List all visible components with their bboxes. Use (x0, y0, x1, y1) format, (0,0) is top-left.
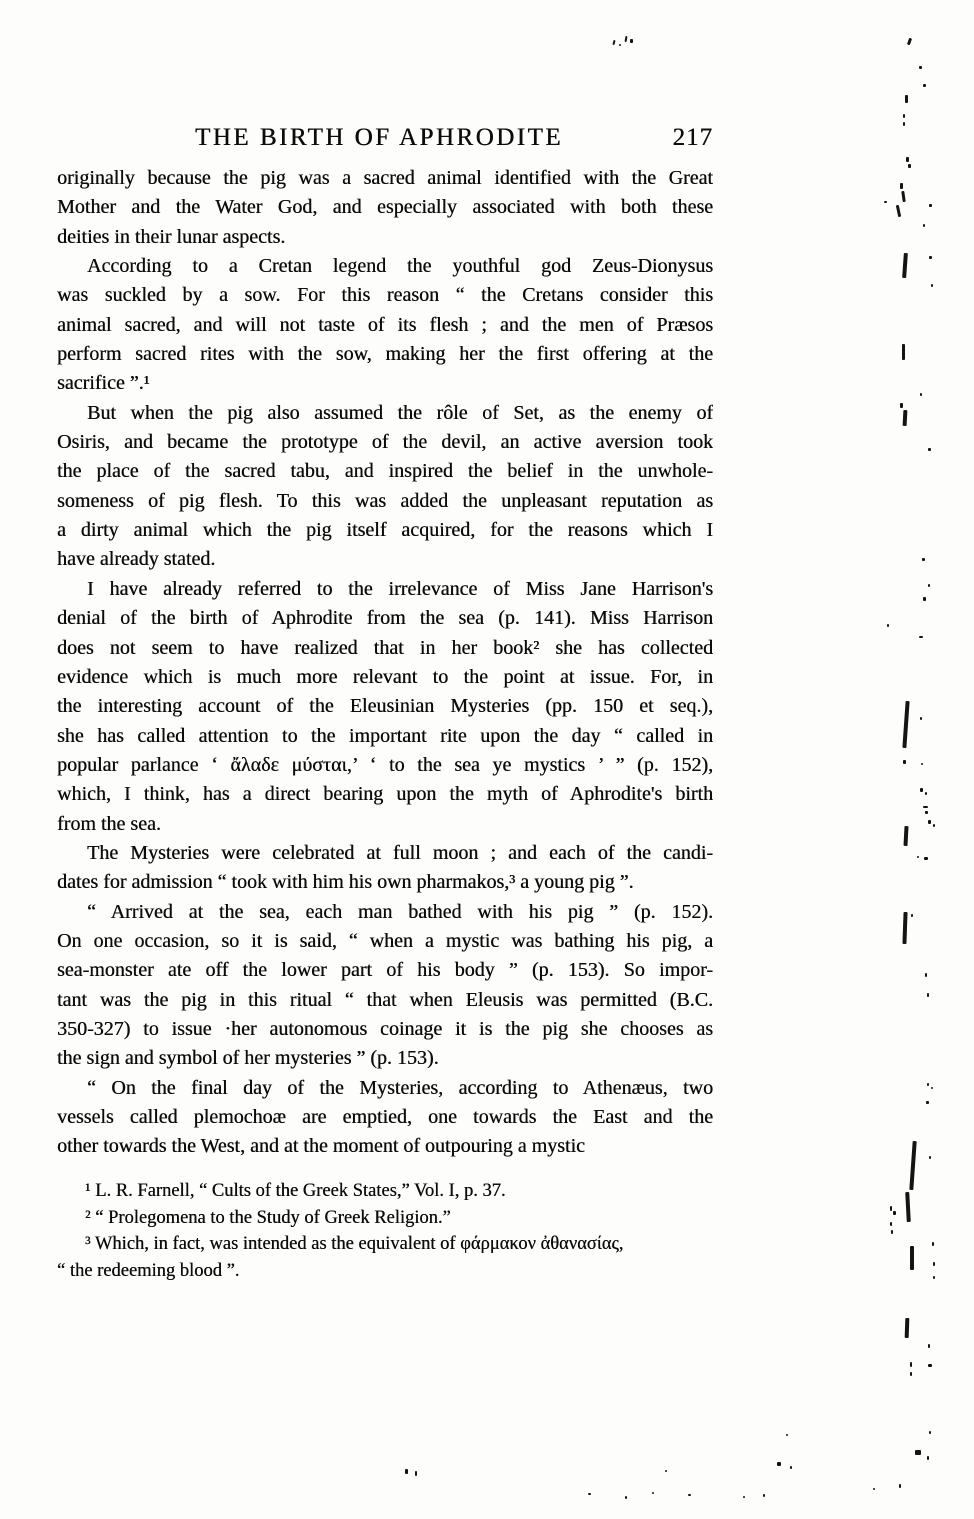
text-line: tant was the pig in this ritual “ that w… (57, 986, 713, 1015)
scan-speck (903, 410, 908, 426)
scan-speck (931, 1087, 933, 1089)
scan-speck (902, 344, 905, 360)
scan-speck (893, 1211, 896, 1215)
text-line: was suckled by a sow. For this reason “ … (57, 281, 713, 310)
scan-speck (900, 403, 903, 408)
scan-speck (925, 973, 927, 977)
scan-speck (884, 201, 887, 203)
scan-speck (929, 1156, 931, 1159)
scan-speck (652, 1492, 654, 1494)
text-line: the sign and symbol of her mysteries ” (… (57, 1044, 713, 1073)
footnotes: ¹ L. R. Farnell, “ Cults of the Greek St… (57, 1178, 717, 1284)
scan-speck (906, 157, 909, 162)
scan-speck (923, 597, 926, 601)
paragraph: “ Arrived at the sea, each man bathed wi… (57, 898, 713, 1074)
text-line: “ Arrived at the sea, each man bathed wi… (57, 898, 713, 927)
text-line: originally because the pig was a sacred … (57, 164, 713, 193)
text-line: 350-327) to issue ·her autonomous coinag… (57, 1015, 713, 1044)
scan-speck (908, 164, 911, 168)
scan-speck (890, 1206, 892, 1211)
scan-speck (919, 66, 922, 69)
scan-speck (909, 1141, 916, 1190)
scan-speck (933, 1276, 935, 1279)
scan-speck (415, 1471, 417, 1476)
text-line: denial of the birth of Aphrodite from th… (57, 604, 713, 633)
scan-speck (905, 1318, 910, 1338)
text-line: deities in their lunar aspects. (57, 223, 713, 252)
text-line: ³ Which, in fact, was intended as the eq… (57, 1231, 717, 1258)
scan-speck (665, 1470, 667, 1472)
scan-speck (891, 1230, 893, 1234)
scan-speck (902, 701, 909, 748)
scan-speck (619, 44, 621, 46)
text-line: “ the redeeming blood ”. (57, 1258, 717, 1285)
scan-speck (902, 912, 907, 944)
scan-speck (905, 1192, 911, 1222)
text-line: have already stated. (57, 545, 713, 574)
scan-speck (910, 1362, 912, 1367)
scan-speck (927, 1083, 929, 1086)
text-line: On one occasion, so it is said, “ when a… (57, 927, 713, 956)
text-line: evidence which is much more relevant to … (57, 663, 713, 692)
text-line: Mother and the Water God, and especially… (57, 193, 713, 222)
scan-speck (923, 224, 925, 227)
paragraph: ² “ Prolegomena to the Study of Greek Re… (57, 1205, 717, 1232)
book-page: THE BIRTH OF APHRODITE 217 originally be… (0, 0, 974, 1519)
text-line: she has called attention to the importan… (57, 722, 713, 751)
text-line: from the sea. (57, 810, 713, 839)
text-line: does not seem to have realized that in h… (57, 634, 713, 663)
text-line: I have already referred to the irrelevan… (57, 575, 713, 604)
text-line: other towards the West, and at the momen… (57, 1132, 713, 1161)
paragraph: ¹ L. R. Farnell, “ Cults of the Greek St… (57, 1178, 717, 1205)
text-line: According to a Cretan legend the youthfu… (57, 252, 713, 281)
text-line: ² “ Prolegomena to the Study of Greek Re… (57, 1205, 717, 1232)
scan-speck (624, 36, 627, 42)
text-line: the place of the sacred tabu, and inspir… (57, 457, 713, 486)
scan-speck (873, 1488, 875, 1490)
scan-speck (933, 1262, 935, 1266)
scan-speck (927, 1456, 929, 1460)
scan-speck (924, 857, 928, 860)
scan-speck (786, 1434, 788, 1436)
scan-speck (923, 84, 926, 87)
text-line: “ On the final day of the Mysteries, acc… (57, 1074, 713, 1103)
scan-speck (901, 191, 906, 202)
text-line: But when the pig also assumed the rôle o… (57, 399, 713, 428)
scan-speck (919, 636, 923, 638)
paragraph: “ On the final day of the Mysteries, acc… (57, 1074, 713, 1162)
scan-speck (933, 824, 935, 827)
text-line: perform sacred rites with the sow, makin… (57, 340, 713, 369)
body-text: originally because the pig was a sacred … (57, 164, 713, 1162)
paragraph: ³ Which, in fact, was intended as the eq… (57, 1231, 717, 1284)
scan-speck (896, 205, 901, 217)
scan-speck (902, 253, 908, 278)
scan-speck (917, 856, 919, 858)
scan-speck (925, 811, 928, 814)
scan-speck (931, 284, 933, 287)
scan-speck (928, 448, 931, 451)
scan-speck (903, 122, 905, 126)
scan-speck (743, 1496, 745, 1498)
scan-speck (790, 1466, 792, 1469)
text-line: vessels called plemochoæ are emptied, on… (57, 1103, 713, 1132)
page-number: 217 (673, 124, 714, 152)
paragraph: originally because the pig was a sacred … (57, 164, 713, 252)
scan-speck (887, 624, 889, 627)
scan-speck (915, 1450, 921, 1455)
text-line: sea-monster ate off the lower part of hi… (57, 956, 713, 985)
scan-speck (929, 256, 932, 259)
scan-speck (911, 914, 913, 917)
scan-speck (903, 826, 908, 846)
scan-speck (625, 1496, 627, 1499)
text-line: ¹ L. R. Farnell, “ Cults of the Greek St… (57, 1178, 717, 1205)
scan-speck (903, 114, 905, 118)
scan-speck (925, 792, 927, 795)
scan-speck (900, 183, 903, 189)
scan-speck (920, 393, 922, 396)
scan-speck (688, 1494, 691, 1496)
paragraph: But when the pig also assumed the rôle o… (57, 399, 713, 575)
scan-speck (928, 1344, 930, 1348)
scan-speck (777, 1462, 781, 1466)
scan-speck (928, 1364, 932, 1367)
scan-speck (923, 806, 928, 808)
paragraph: According to a Cretan legend the youthfu… (57, 252, 713, 399)
scan-speck (929, 1431, 931, 1434)
text-line: The Mysteries were celebrated at full mo… (57, 839, 713, 868)
text-line: popular parlance ‘ ἄλαδε μύσται,’ ‘ to t… (57, 751, 713, 780)
text-line: animal sacred, and will not taste of its… (57, 311, 713, 340)
text-line: dates for admission “ took with him his … (57, 868, 713, 897)
scan-speck (929, 204, 932, 207)
paragraph: The Mysteries were celebrated at full mo… (57, 839, 713, 898)
page-title: THE BIRTH OF APHRODITE (195, 124, 563, 152)
text-line: the interesting account of the Eleusinia… (57, 692, 713, 721)
scan-speck (630, 39, 633, 43)
scan-speck (921, 763, 923, 765)
running-head: THE BIRTH OF APHRODITE 217 (57, 124, 713, 158)
scan-speck (612, 40, 615, 45)
scan-speck (920, 788, 923, 792)
text-line: Osiris, and became the prototype of the … (57, 428, 713, 457)
scan-speck (903, 760, 906, 764)
scan-speck (588, 1493, 591, 1495)
text-line: which, I think, has a direct bearing upo… (57, 780, 713, 809)
scan-speck (899, 1484, 901, 1488)
scan-speck (928, 584, 930, 587)
text-line: someness of pig flesh. To this was added… (57, 487, 713, 516)
scan-speck (932, 1242, 934, 1246)
scan-speck (927, 993, 929, 997)
scan-speck (890, 1222, 892, 1226)
scan-speck (910, 1246, 914, 1270)
scan-speck (920, 717, 922, 720)
paragraph: I have already referred to the irrelevan… (57, 575, 713, 839)
scan-speck (922, 558, 925, 561)
scan-speck (926, 1101, 929, 1104)
scan-speck (928, 820, 931, 824)
scan-speck (910, 1372, 912, 1376)
text-line: a dirty animal which the pig itself acqu… (57, 516, 713, 545)
scan-speck (907, 38, 912, 46)
text-line: sacrifice ”.¹ (57, 369, 713, 398)
scan-speck (405, 1469, 408, 1474)
scan-speck (905, 95, 908, 103)
scan-speck (763, 1494, 765, 1497)
